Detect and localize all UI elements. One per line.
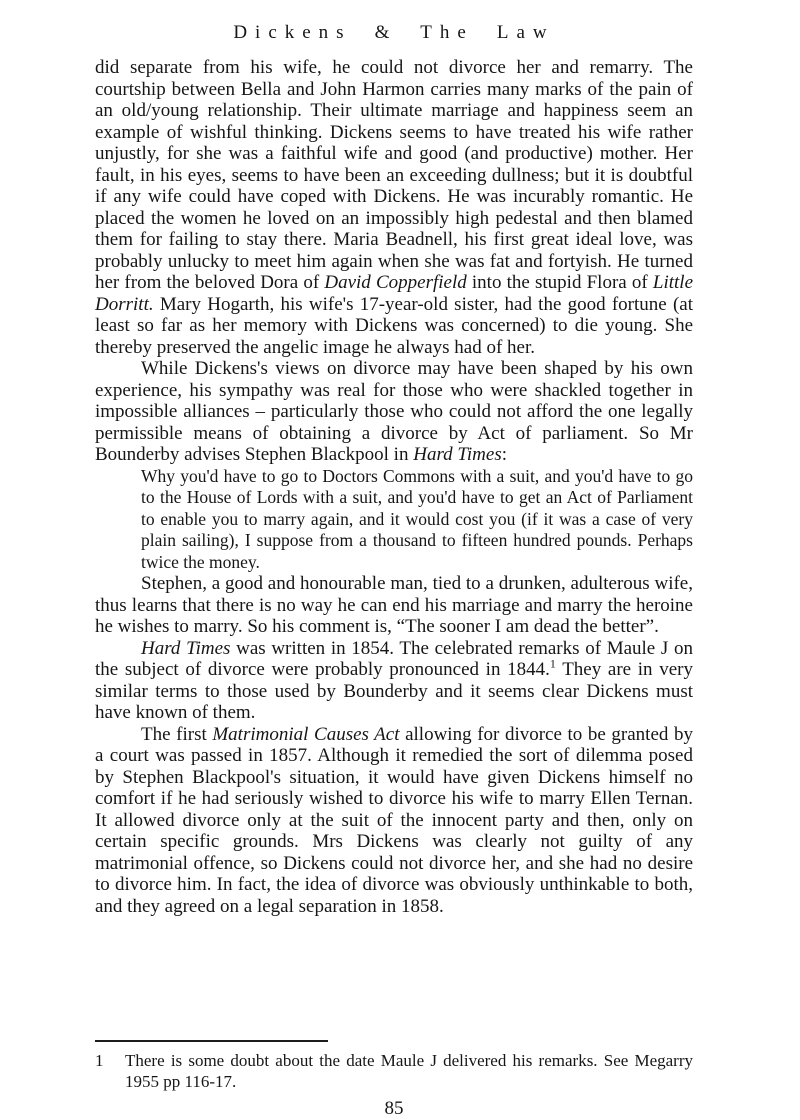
page-number: 85 xyxy=(95,1098,693,1120)
paragraph-text: While Dickens's views on divorce may hav… xyxy=(95,358,693,465)
paragraph-text: into the stupid Flora of xyxy=(467,272,653,293)
body-paragraph-2: While Dickens's views on divorce may hav… xyxy=(95,358,693,466)
paragraph-text: allowing for divorce to be granted by a … xyxy=(95,724,693,917)
footnote-number: 1 xyxy=(95,1050,125,1092)
footnote-rule xyxy=(95,1040,328,1042)
body-paragraph-1: did separate from his wife, he could not… xyxy=(95,57,693,358)
paragraph-text: The first xyxy=(141,724,212,745)
body-text: did separate from his wife, he could not… xyxy=(95,57,693,917)
body-paragraph-4: Hard Times was written in 1854. The cele… xyxy=(95,638,693,724)
paragraph-text: Stephen, a good and honourable man, tied… xyxy=(95,573,693,637)
act-title-matrimonial-causes-act: Matrimonial Causes Act xyxy=(212,724,399,745)
quote-text: Why you'd have to go to Doctors Commons … xyxy=(141,466,693,572)
book-title-hard-times: Hard Times xyxy=(413,444,502,465)
block-quote: Why you'd have to go to Doctors Commons … xyxy=(141,466,693,574)
footnote-text: There is some doubt about the date Maule… xyxy=(125,1050,693,1092)
book-page: Dickens & The Law did separate from his … xyxy=(0,0,800,1120)
paragraph-text: did separate from his wife, he could not… xyxy=(95,57,693,293)
page-footer: 1 There is some doubt about the date Mau… xyxy=(95,1040,693,1120)
paragraph-text: : xyxy=(502,444,507,465)
book-title-hard-times: Hard Times xyxy=(141,638,230,659)
running-head-title: Dickens & The Law xyxy=(95,22,693,44)
body-paragraph-5: The first Matrimonial Causes Act allowin… xyxy=(95,724,693,918)
paragraph-text: Mary Hogarth, his wife's 17-year-old sis… xyxy=(95,294,693,358)
footnote: 1 There is some doubt about the date Mau… xyxy=(95,1050,693,1092)
body-paragraph-3: Stephen, a good and honourable man, tied… xyxy=(95,573,693,638)
book-title-david-copperfield: David Copperfield xyxy=(324,272,466,293)
